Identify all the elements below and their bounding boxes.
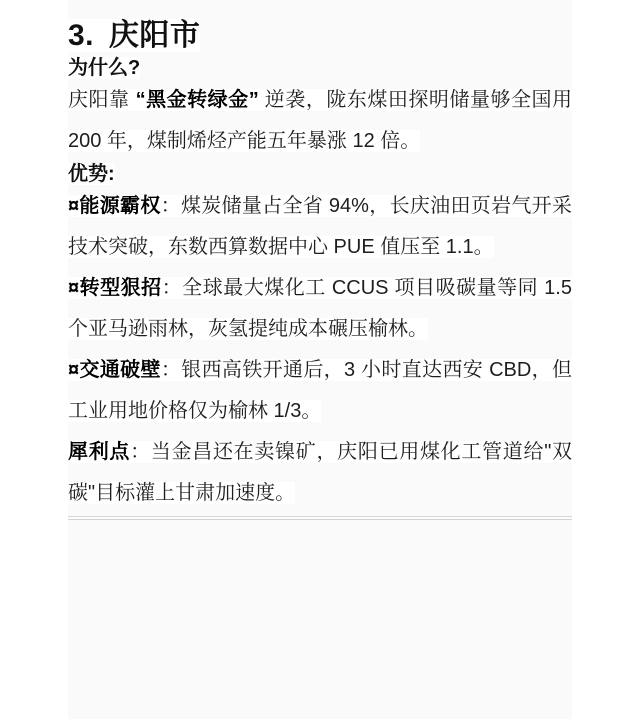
page-background: 3. 庆阳市 为什么? 庆阳靠 “黑金转绿金” 逆袭，陇东煤田探明储量够全国用 … <box>0 0 630 719</box>
bold-text-run: ¤能源霸权 <box>68 195 161 217</box>
why-heading: 为什么? <box>68 56 572 80</box>
advantages-heading-text: 优势: <box>68 163 115 185</box>
why-paragraph: 庆阳靠 “黑金转绿金” 逆袭，陇东煤田探明储量够全国用 200 年，煤制烯烃产能… <box>68 80 572 162</box>
bold-text-run: “黑金转绿金” <box>136 89 259 111</box>
bold-text-run: ¤转型狠招 <box>68 277 162 299</box>
advantage-item-transformation: ¤转型狠招：全球最大煤化工 CCUS 项目吸碳量等同 1.5 个亚马逊雨林，灰氢… <box>68 268 572 350</box>
advantage-item-energy: ¤能源霸权：煤炭储量占全省 94%，长庆油田页岩气开采技术突破，东数西算数据中心… <box>68 186 572 268</box>
bold-text-run: 犀利点 <box>68 441 130 463</box>
section-title-text: 3. 庆阳市 <box>68 19 200 52</box>
why-heading-text: 为什么? <box>68 57 140 79</box>
document-column: 3. 庆阳市 为什么? 庆阳靠 “黑金转绿金” 逆袭，陇东煤田探明储量够全国用 … <box>68 0 572 719</box>
advantages-heading: 优势: <box>68 162 572 186</box>
section-divider <box>68 516 572 520</box>
advantage-item-transport: ¤交通破壁：银西高铁开通后，3 小时直达西安 CBD，但工业用地价格仅为榆林 1… <box>68 350 572 432</box>
sharp-point-paragraph: 犀利点：当金昌还在卖镍矿，庆阳已用煤化工管道给"双碳"目标灌上甘肃加速度。 <box>68 432 572 514</box>
section-title: 3. 庆阳市 <box>68 16 572 56</box>
bold-text-run: ¤交通破壁 <box>68 359 161 381</box>
text-run: 庆阳靠 <box>68 89 136 111</box>
text-run: ：当金昌还在卖镍矿，庆阳已用煤化工管道给"双碳"目标灌上甘肃加速度。 <box>68 441 572 504</box>
